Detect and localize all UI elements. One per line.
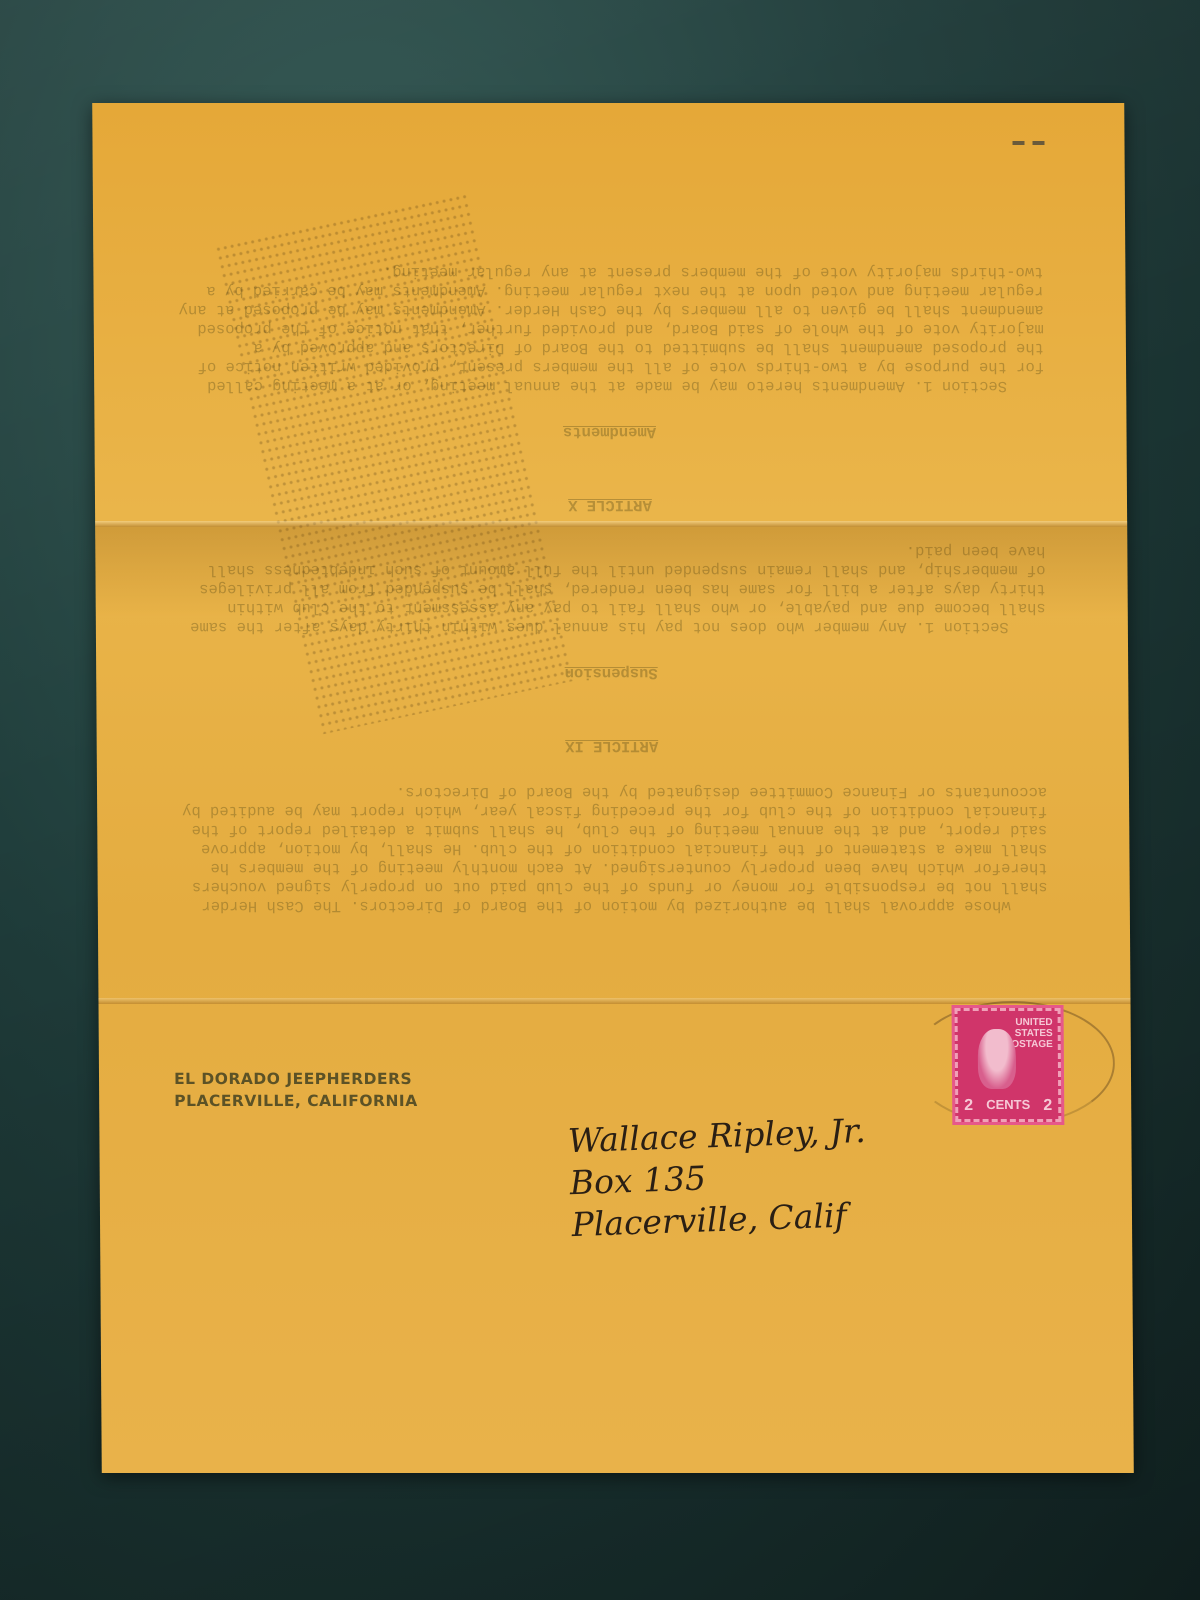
mailer-sheet: whose approval shall be authorized by mo… xyxy=(92,103,1134,1473)
fold-crease-lower xyxy=(98,998,1130,1004)
postage-stamp: UNITED STATES POSTAGE 2 CENTS 2 xyxy=(955,1008,1062,1122)
stamp-portrait-icon xyxy=(978,1029,1016,1089)
bleed-paragraph-top: whose approval shall be authorized by mo… xyxy=(173,783,1048,915)
sender-return-address: EL DORADO JEEPHERDERS PLACERVILLE, CALIF… xyxy=(174,1068,418,1112)
sender-city: PLACERVILLE, CALIFORNIA xyxy=(174,1090,418,1112)
bleed-article-ix-title: ARTICLE IX xyxy=(177,736,1047,755)
staple-mark xyxy=(1012,141,1050,145)
sender-name: EL DORADO JEEPHERDERS xyxy=(174,1068,418,1090)
recipient-city: Placerville, Calif xyxy=(571,1194,870,1246)
fold-shadow-upper xyxy=(95,527,1128,617)
stamp-value: 2 CENTS 2 xyxy=(964,1097,1052,1115)
handwritten-recipient-address: Wallace Ripley, Jr. Box 135 Placerville,… xyxy=(567,1110,870,1246)
